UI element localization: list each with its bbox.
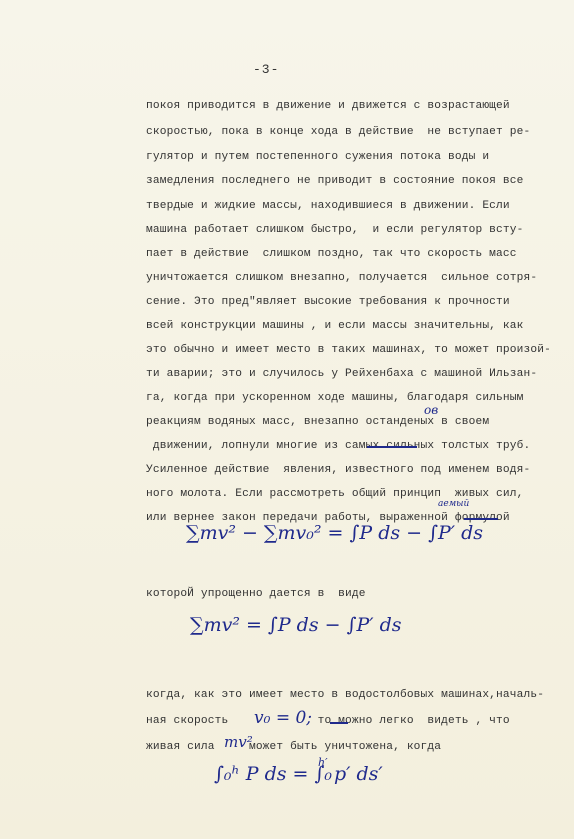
text-line: покоя приводится в движение и движется с… — [146, 100, 510, 112]
text-line: когда, как это имеет место в водостолбов… — [146, 689, 544, 701]
handwritten-formula-3-left: ∫₀ʰ P ds = ∫₀ — [214, 763, 332, 785]
text-line: живая сила может быть уничтожена, когда — [146, 741, 441, 753]
text-line: машина работает слишком быстро, и если р… — [146, 224, 524, 236]
handwritten-correction: ов — [424, 403, 438, 417]
strikethrough-mark — [330, 722, 348, 724]
text-line: это обычно и имеет место в таких машинах… — [146, 344, 551, 356]
text-line: ная скорость то можно легко видеть , что — [146, 715, 510, 727]
page-number: -3- — [253, 62, 279, 77]
handwritten-formula-3-right: p′ ds′ — [334, 763, 383, 785]
text-line: всей конструкции машины , и если массы з… — [146, 320, 524, 332]
handwritten-formula-2: ∑mv² = ∫P ds − ∫P′ ds — [190, 614, 402, 636]
text-line: движении, лопнули многие из самых сильны… — [146, 440, 530, 452]
text-line: гулятор и путем постепенного сужения пот… — [146, 151, 489, 163]
text-line: котороЙ упрощенно дается в виде — [146, 588, 366, 600]
text-line: замедления последнего не приводит в сост… — [146, 175, 524, 187]
document-page: -3- покоя приводится в движение и движет… — [0, 0, 574, 839]
handwritten-living-force: mv² — [224, 733, 253, 751]
strikethrough-mark — [464, 518, 498, 520]
text-line: сение. Это пред"являет высокие требовани… — [146, 296, 510, 308]
handwritten-correction: аемый — [438, 499, 469, 509]
handwritten-initial-velocity: v₀ = 0; — [254, 708, 312, 728]
handwritten-formula-1: ∑mv² − ∑mv₀² = ∫P ds − ∫P′ ds — [186, 522, 483, 544]
text-line: твердые и жидкие массы, находившиеся в д… — [146, 200, 510, 212]
text-line: га, когда при ускоренном ходе машины, бл… — [146, 392, 524, 404]
text-line: Усиленное действие явления, известного п… — [146, 464, 530, 476]
text-line: ти аварии; это и случилось у Рейхенбаха … — [146, 368, 537, 380]
handwritten-formula-3-limit: h′ — [318, 756, 328, 769]
text-line: уничтожается слишком внезапно, получаетс… — [146, 272, 537, 284]
text-line: реакциям водяных масс, внезапно останден… — [146, 416, 489, 428]
text-line: скоростью, пока в конце хода в действие … — [146, 126, 530, 138]
strikethrough-mark — [367, 446, 417, 448]
text-line: пает в действие слишком поздно, так что … — [146, 248, 517, 260]
